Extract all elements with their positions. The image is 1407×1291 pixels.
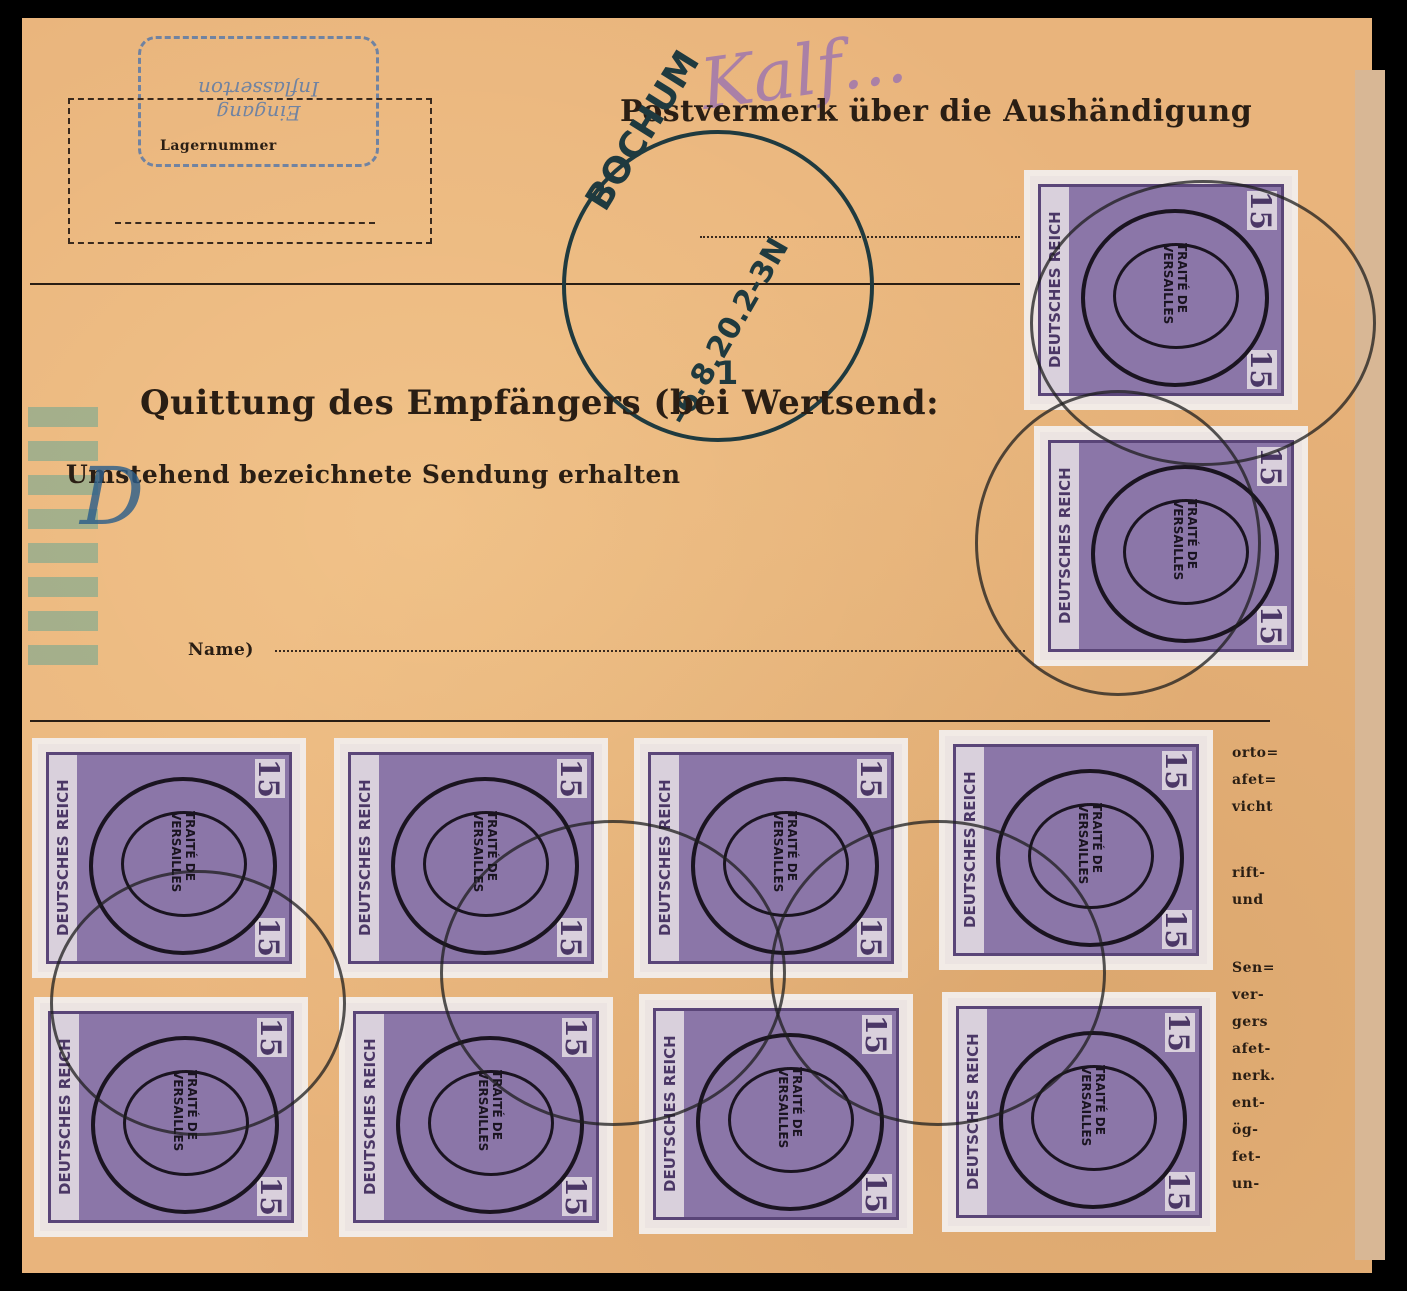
cancel-mark: [50, 870, 346, 1136]
stamp-value: 15: [1162, 751, 1192, 790]
stamp-value: 15: [1257, 606, 1287, 645]
card-torn-edge: [1355, 70, 1385, 1260]
overprint-center-text: TRAITÉ DE VERSAILLES: [484, 1070, 504, 1210]
right-column-line: ver-: [1232, 982, 1264, 1009]
right-column-line: vicht: [1232, 794, 1273, 821]
right-column-line: un-: [1232, 1171, 1260, 1198]
stamp-value: 15: [1165, 1172, 1195, 1211]
right-column-line: afet=: [1232, 767, 1277, 794]
right-column-line: ent-: [1232, 1090, 1265, 1117]
stamp-value: 15: [557, 759, 587, 798]
right-column-line: orto=: [1232, 740, 1279, 767]
receipt-subtitle: Umstehend bezeichnete Sendung erhalten: [66, 460, 681, 489]
stamp-value: 15: [1162, 910, 1192, 949]
stamp-value: 15: [255, 759, 285, 798]
stamp-country: DEUTSCHES REICH: [351, 755, 379, 961]
stamp-area-divider: [30, 720, 1270, 722]
overprint-center-text: TRAITÉ DE VERSAILLES: [784, 1067, 804, 1207]
stamp-value: 15: [257, 1177, 287, 1216]
name-signature-line: [275, 650, 1025, 652]
right-column-line: Sen=: [1232, 955, 1275, 982]
right-column-line: und: [1232, 887, 1264, 914]
right-column-line: afet-: [1232, 1036, 1271, 1063]
right-column-line: gers: [1232, 1009, 1268, 1036]
right-column-line: fet-: [1232, 1144, 1261, 1171]
cancel-mark: [1030, 180, 1376, 466]
right-column-line: ög-: [1232, 1117, 1258, 1144]
stamp-value: 15: [857, 759, 887, 798]
overprint-center-text: TRAITÉ DE VERSAILLES: [1087, 1065, 1107, 1205]
cancel-mark: [440, 820, 786, 1126]
storage-number-line: [115, 222, 375, 224]
stamp-value: 15: [1165, 1013, 1195, 1052]
storage-number-label: Lagernummer: [160, 138, 277, 154]
cancel-mark: [770, 820, 1106, 1126]
right-column-line: nerk.: [1232, 1063, 1276, 1090]
receipt-title: Quittung des Empfängers (bei Wertsend:: [140, 383, 939, 423]
stamp-value: 15: [562, 1177, 592, 1216]
right-column-line: rift-: [1232, 860, 1266, 887]
stamp-value: 15: [862, 1174, 892, 1213]
blue-manuscript-notation: D: [80, 450, 144, 543]
name-label: Name): [188, 640, 254, 660]
stamp-country: DEUTSCHES REICH: [356, 1014, 384, 1220]
delivery-note-title: Postvermerk über die Aushändigung: [620, 94, 1252, 129]
